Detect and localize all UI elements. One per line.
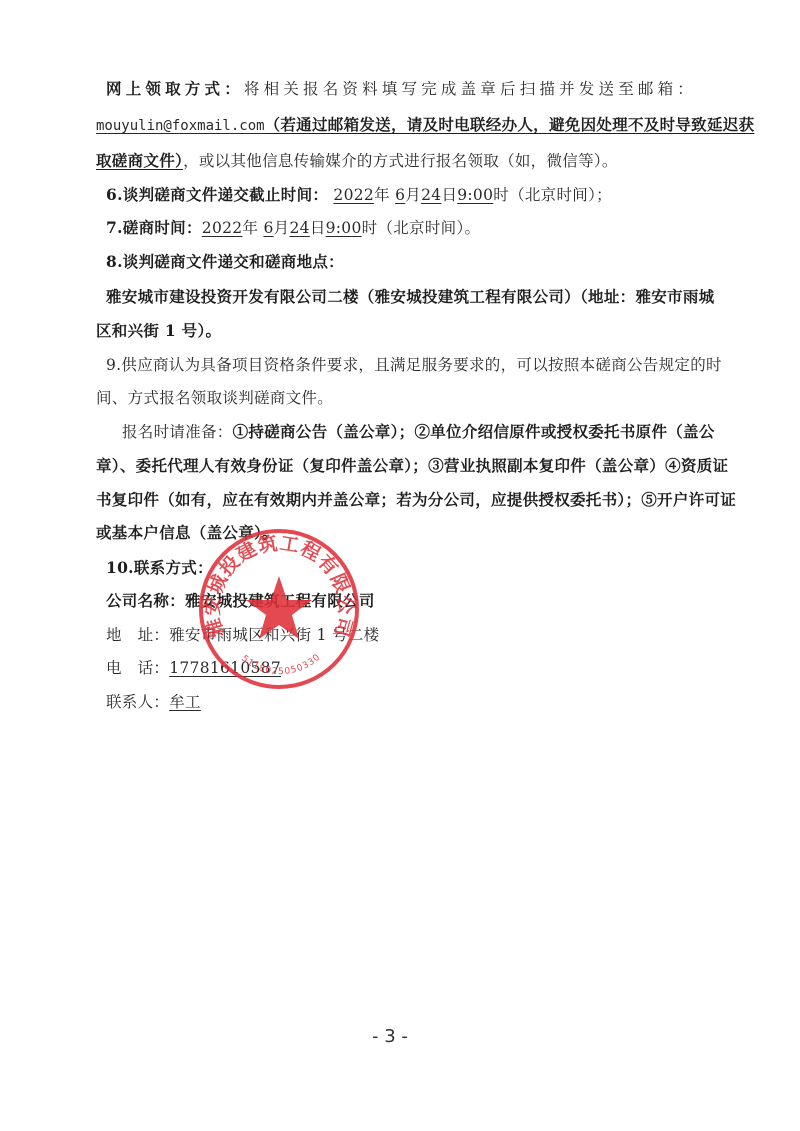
company-value: 雅安城投建筑工程有限公司 <box>185 591 375 610</box>
item6-day: 24 <box>421 186 441 204</box>
item8-line1: 雅安城市建设投资开发有限公司二楼（雅安城投建筑工程有限公司）（地址：雅安市雨城 <box>106 286 714 308</box>
item7-day: 24 <box>289 219 309 237</box>
item6-year-unit: 年 <box>374 186 390 204</box>
contact-value: 牟工 <box>169 693 201 711</box>
email-note-line: mouyulin@foxmail.com（若通过邮箱发送，请及时电联经办人，避免… <box>96 114 754 137</box>
item9-line2: 间、方式报名领取谈判磋商文件。 <box>96 387 333 409</box>
prepare-line4: 或基本户信息（盖公章）。 <box>96 522 278 544</box>
item7-time: 9:00 <box>326 219 362 237</box>
item7-tail: 时（北京时间）。 <box>362 219 481 237</box>
item9-line1: 9.供应商认为具备项目资格条件要求，且满足服务要求的，可以按照本磋商公告规定的时 <box>106 354 722 376</box>
prepare-line1: 报名时请准备：①持磋商公告（盖公章）；②单位介绍信原件或授权委托书原件（盖公 <box>122 421 715 443</box>
address-row: 地 址：雅安市雨城区和兴街 1 号二楼 <box>106 624 379 646</box>
prepare-line2: 章）、委托代理人有效身份证（复印件盖公章）；③营业执照副本复印件（盖公章）④资质… <box>96 455 728 477</box>
email-note-line1: （若通过邮箱发送，请及时电联经办人，避免因处理不及时导致延迟获 <box>265 115 755 134</box>
item7-label: 7.磋商时间： <box>106 218 202 237</box>
email-note-line2: 取磋商文件） <box>96 151 183 170</box>
item10-label: 10.联系方式： <box>106 557 213 579</box>
phone-label: 电 话： <box>106 659 169 677</box>
company-label: 公司名称： <box>106 591 185 610</box>
online-method-label: 网上领取方式： <box>106 79 244 98</box>
address-value: 雅安市雨城区和兴街 1 号二楼 <box>169 626 379 644</box>
phone-value: 17781610587 <box>169 659 281 677</box>
item6-day-unit: 日 <box>441 186 457 204</box>
address-label: 地 址： <box>106 626 169 644</box>
item7-day-unit: 日 <box>310 219 326 237</box>
contact-row: 联系人：牟工 <box>106 691 201 713</box>
contact-label: 联系人： <box>106 693 169 711</box>
item6-month: 6 <box>395 186 405 204</box>
item7-month: 6 <box>264 219 274 237</box>
item8-line2: 区和兴街 1 号）。 <box>96 320 221 342</box>
email-note-line-2: 取磋商文件），或以其他信息传输媒介的方式进行报名领取（如，微信等）。 <box>96 150 618 172</box>
prepare-line3: 书复印件（如有，应在有效期内并盖公章；若为分公司，应提供授权委托书）；⑤开户许可… <box>96 489 736 511</box>
online-method-line: 网上领取方式：将相关报名资料填写完成盖章后扫描并发送至邮箱： <box>106 78 697 100</box>
item6-label: 6.谈判磋商文件递交截止时间： <box>106 185 328 204</box>
item6-tail: 时（北京时间）； <box>493 186 612 204</box>
prepare-label: 报名时请准备： <box>122 423 233 441</box>
document-page: 网上领取方式：将相关报名资料填写完成盖章后扫描并发送至邮箱： mouyulin@… <box>0 0 800 1131</box>
item6-time: 9:00 <box>457 186 493 204</box>
online-method-text: 将相关报名资料填写完成盖章后扫描并发送至邮箱： <box>244 80 697 98</box>
item8-label: 8.谈判磋商文件递交和磋商地点： <box>106 251 344 273</box>
item6-month-unit: 月 <box>405 186 421 204</box>
page-number: - 3 - <box>372 1026 408 1047</box>
item7-year-unit: 年 <box>242 219 258 237</box>
phone-row: 电 话：17781610587 <box>106 657 281 679</box>
item7-consult-time: 7.磋商时间：2022年 6月24日9:00时（北京时间）。 <box>106 217 480 239</box>
company-row: 公司名称：雅安城投建筑工程有限公司 <box>106 590 375 612</box>
item6-deadline: 6.谈判磋商文件递交截止时间： 2022年 6月24日9:00时（北京时间）； <box>106 184 612 206</box>
item7-year: 2022 <box>202 219 243 237</box>
item7-month-unit: 月 <box>274 219 290 237</box>
online-method-tail: ，或以其他信息传输媒介的方式进行报名领取（如，微信等）。 <box>183 152 618 170</box>
email-link[interactable]: mouyulin@foxmail.com <box>96 118 265 134</box>
item6-year: 2022 <box>333 186 374 204</box>
prepare-text1: ①持磋商公告（盖公章）；②单位介绍信原件或授权委托书原件（盖公 <box>233 422 715 441</box>
